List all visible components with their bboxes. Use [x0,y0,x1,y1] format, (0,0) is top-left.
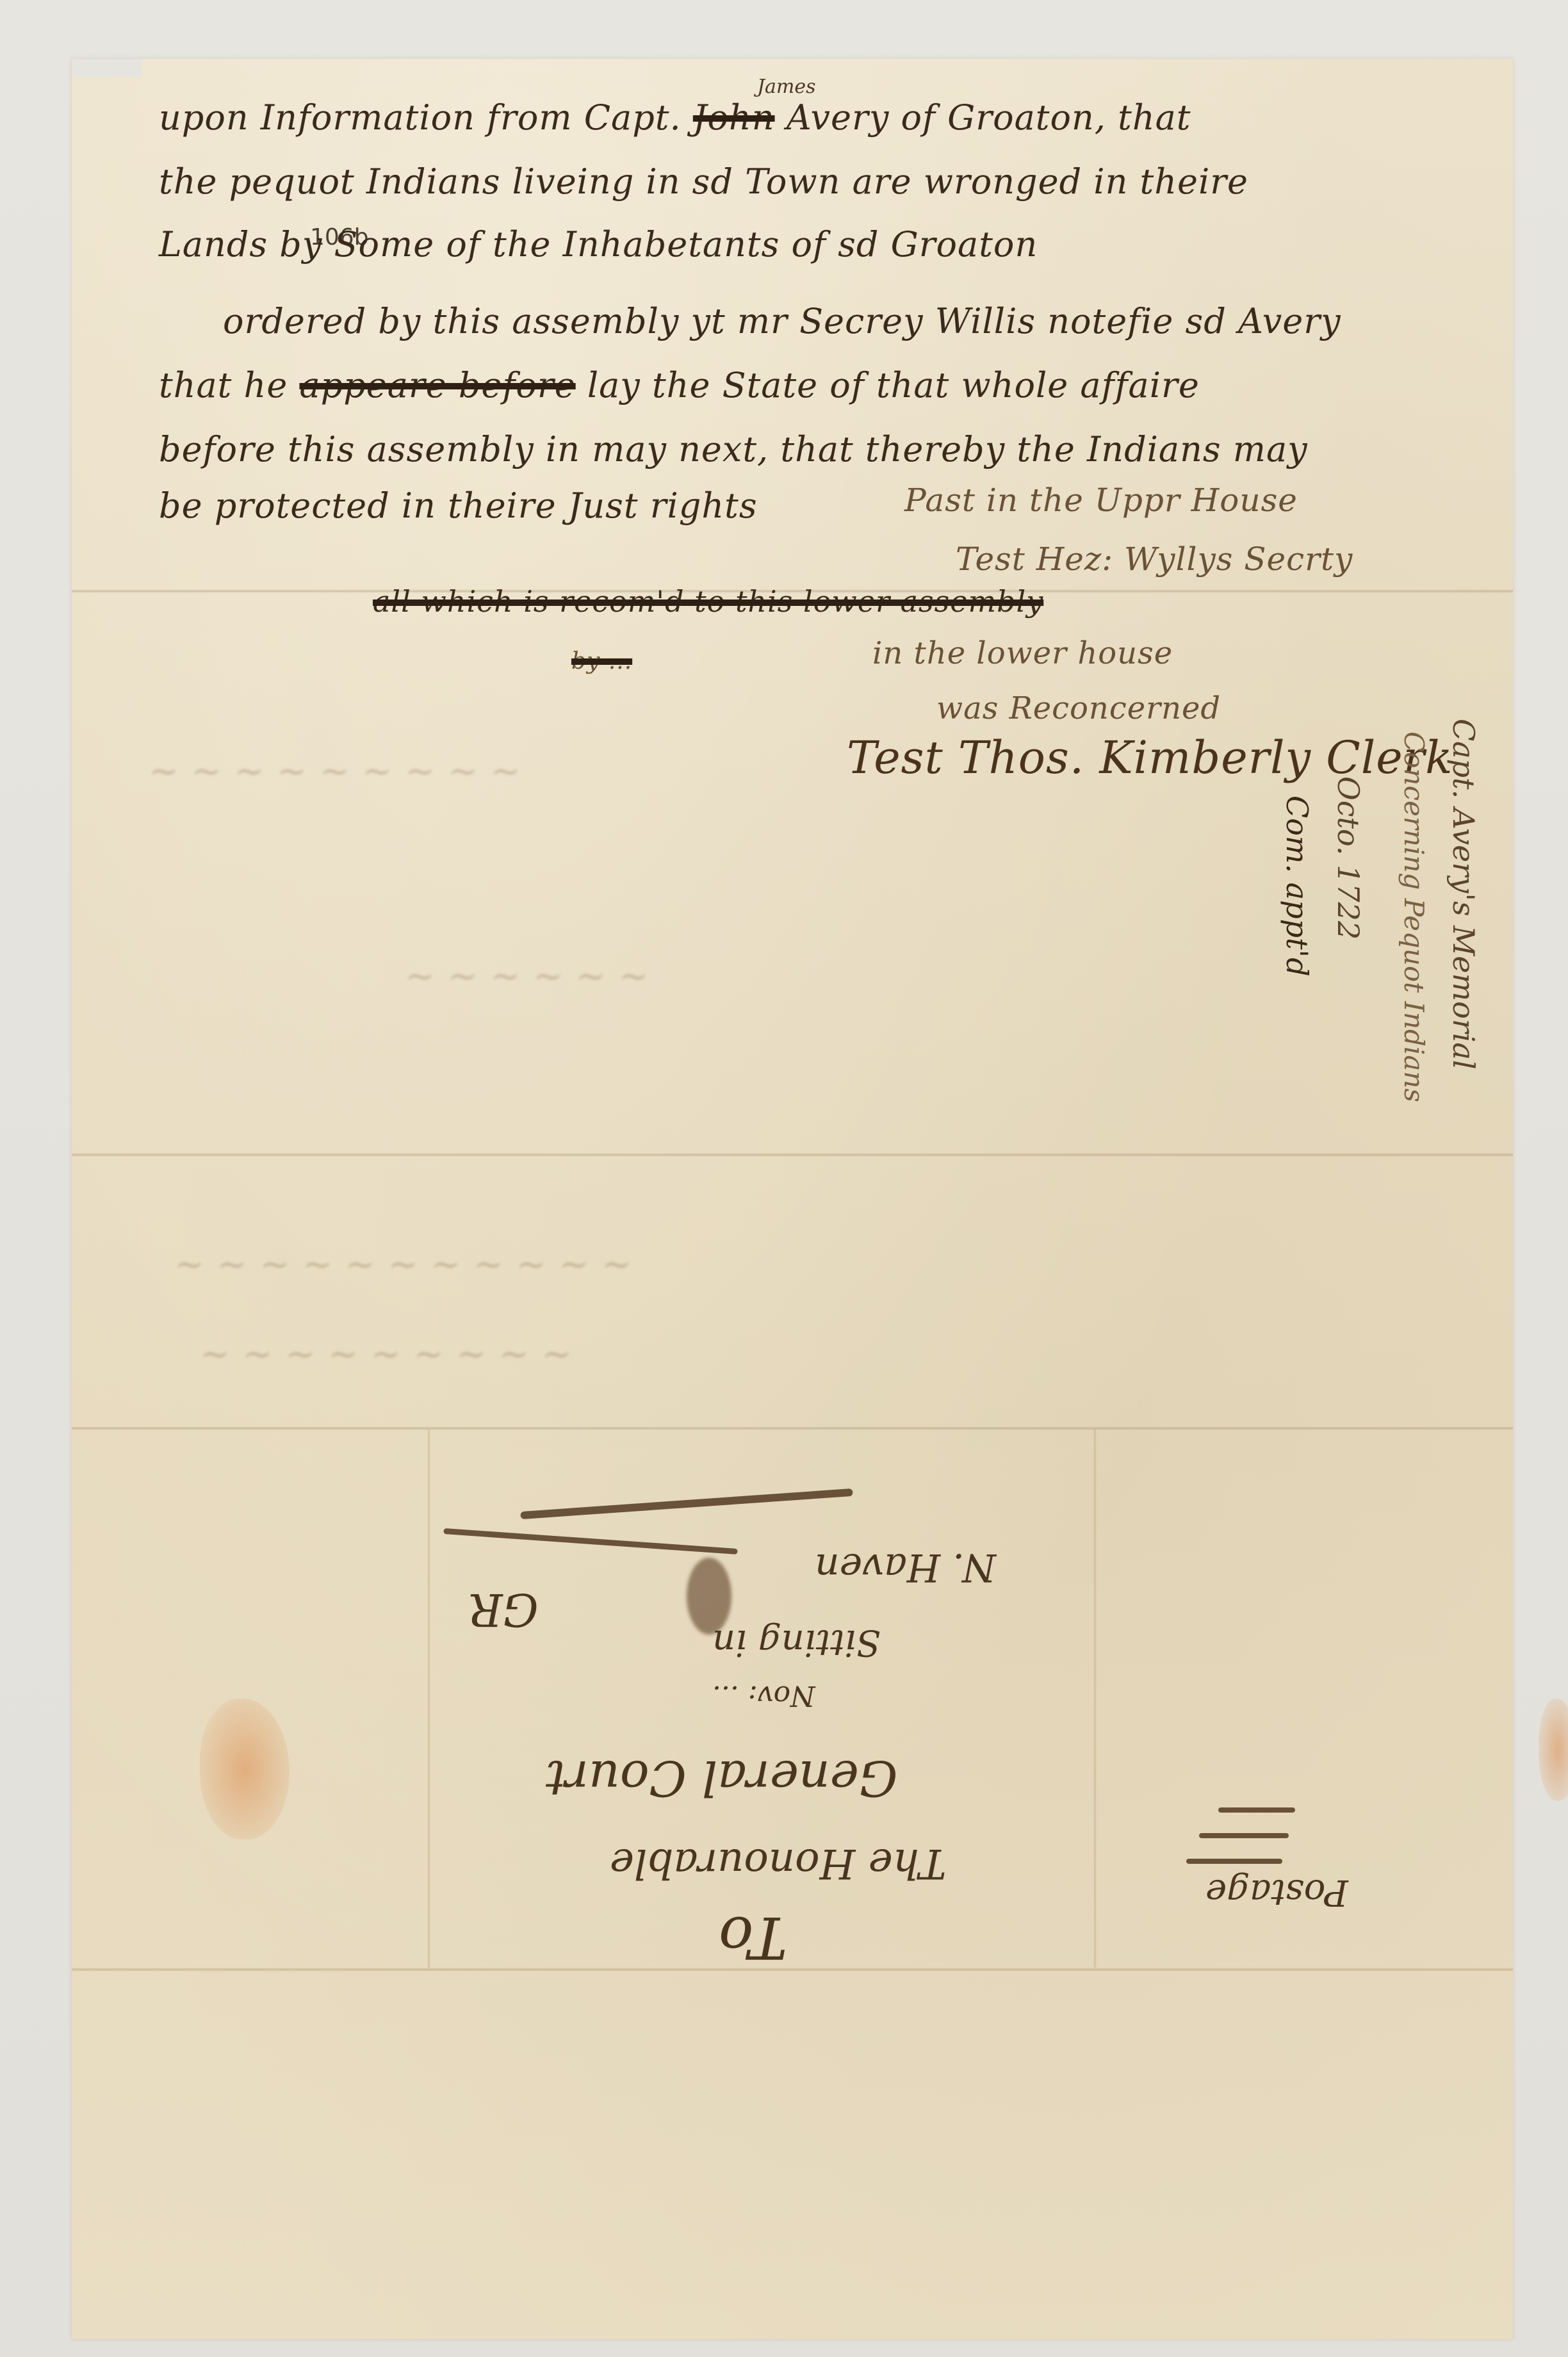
postage-stroke [1218,1807,1295,1813]
text-line-2: the pequot Indians liveing in sd Town ar… [159,161,1248,202]
docket-line-4: Com. appt'd [1280,795,1314,977]
address-line-1: To [719,1904,787,1971]
postage-mark: Postage [1205,1872,1348,1913]
text-line-7: be protected in theire Just rights [159,485,758,526]
text-line-5: that he appeare before lay the State of … [159,365,1200,405]
text-line-3: Lands by Some of the Inhabetants of sd G… [159,224,1038,265]
paper-notch [72,59,142,77]
address-initials: GR [469,1583,539,1636]
foxing-stain [200,1699,290,1839]
postage-stroke [1186,1859,1282,1864]
address-line-7: Nov: ... [712,1679,815,1712]
fold-line-vertical [1093,1430,1097,1968]
fold-line [72,1426,1513,1430]
bleed-through-text: ~ ~ ~ ~ ~ ~ ~ ~ ~ [200,1333,573,1375]
struck-line: all which is recom'd to this lower assem… [373,584,1043,619]
address-line-3: General Court [546,1750,897,1807]
inserted-word: James [757,76,816,98]
text-line-4: ordered by this assembly yt mr Secrey Wi… [223,301,1341,341]
docket-line-3: Octo. 1722 [1331,776,1366,940]
ink-stroke [443,1528,738,1554]
text-line-6: before this assembly in may next, that t… [159,429,1308,469]
bleed-through-text: ~ ~ ~ ~ ~ ~ [405,956,649,997]
upper-house-passed: Past in the Uppr House [904,482,1298,519]
docket-line-1: Capt. Avery's Memorial [1446,719,1481,1070]
upper-house-attest: Test Hez: Wyllys Secrty [956,541,1353,578]
fold-line [72,1968,1513,1971]
address-line-6: N. Haven [815,1545,996,1590]
address-line-5: Sitting in [712,1622,881,1663]
address-line-2: The Honourable [610,1839,947,1887]
fold-line-vertical [427,1430,430,1968]
docket-line-2: Concerning Pequot Indians [1398,731,1430,1102]
fold-line [72,1153,1513,1157]
postage-stroke [1199,1833,1289,1838]
text-segment: Avery of Groaton, that [787,97,1191,138]
struck-phrase: appeare before [299,365,575,405]
manuscript-page: 106b upon Information from Capt. John Av… [72,59,1513,2339]
foxing-stain [1539,1699,1568,1801]
bleed-through-text: ~ ~ ~ ~ ~ ~ ~ ~ ~ ~ ~ [174,1244,632,1285]
text-segment: upon Information from Capt. [159,97,682,138]
lower-house-concurred: was Reconcerned [936,690,1221,726]
struck-small: by ... [571,648,632,674]
text-segment: that he [159,365,288,405]
text-line-1: upon Information from Capt. John Avery o… [159,97,1191,138]
bleed-through-text: ~ ~ ~ ~ ~ ~ ~ ~ ~ [149,751,521,792]
ink-stroke [520,1488,853,1519]
struck-word: John [693,97,775,138]
lower-house-line: in the lower house [872,635,1173,671]
text-segment: lay the State of that whole affaire [587,365,1200,405]
